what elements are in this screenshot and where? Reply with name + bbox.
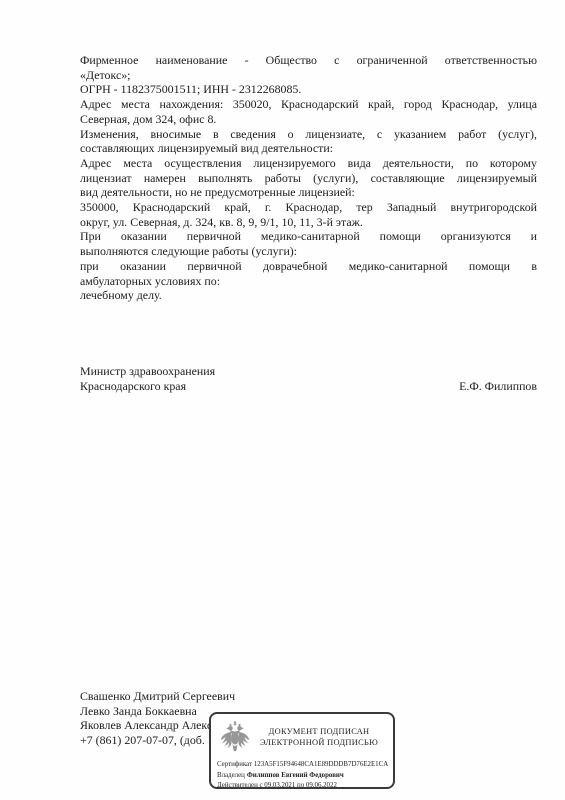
body-line: лицензиат намерен выполнять работы (услу…	[80, 171, 537, 186]
body-line: составляющих лицензируемый вид деятельно…	[80, 141, 537, 156]
body-line: Адрес места осуществления лицензируемого…	[80, 156, 537, 171]
body-line: Северная, дом 324, офис 8.	[80, 112, 537, 127]
certificate-label: Сертификат	[217, 761, 252, 768]
stamp-owner-line: ВладелецФилиппов Евгений Федорович	[217, 771, 387, 782]
signatory-region: Краснодарского края	[80, 379, 186, 394]
body-line: амбулаторных условиях по:	[80, 274, 537, 289]
body-line: при оказании первичной доврачебной медик…	[80, 259, 537, 274]
signatory-name: Е.Ф. Филиппов	[459, 379, 537, 394]
body-line: выполняются следующие работы (услуги):	[80, 244, 537, 259]
body-line: вид деятельности, но не предусмотренные …	[80, 185, 537, 200]
contact-line: Свашенко Дмитрий Сергеевич	[80, 689, 537, 704]
stamp-title-line1: ДОКУМЕНТ ПОДПИСАН	[251, 727, 387, 738]
stamp-title: ДОКУМЕНТ ПОДПИСАН ЭЛЕКТРОННОЙ ПОДПИСЬЮ	[251, 727, 387, 748]
owner-value: Филиппов Евгений Федорович	[247, 772, 344, 779]
stamp-validity-line: Действителен с 09.03.2021 по 09.06.2022	[217, 781, 387, 792]
body-line: округ, ул. Северная, д. 324, кв. 8, 9, 9…	[80, 215, 537, 230]
document-page: { "page": { "background": "#fefefe", "te…	[0, 0, 565, 800]
signatory-title-line1: Министр здравоохранения	[80, 364, 537, 379]
body-line: «Детокс»;	[80, 68, 537, 83]
body-line: Изменения, вносимые в сведения о лицензи…	[80, 127, 537, 142]
stamp-certificate-line: Сертификат 123A5F15F94648CA1E89DDDB7D76E…	[217, 760, 387, 771]
stamp-header: ДОКУМЕНТ ПОДПИСАН ЭЛЕКТРОННОЙ ПОДПИСЬЮ	[217, 718, 387, 758]
signature-block: Министр здравоохранения Краснодарского к…	[80, 364, 537, 393]
certificate-value: 123A5F15F94648CA1E89DDDB7D76E2E1CA	[254, 761, 388, 768]
body-line: При оказании первичной медико-санитарной…	[80, 229, 537, 244]
document-body: Фирменное наименование - Общество с огра…	[80, 53, 537, 303]
stamp-details: Сертификат 123A5F15F94648CA1E89DDDB7D76E…	[217, 760, 387, 792]
body-line: Адрес места нахождения: 350020, Краснода…	[80, 97, 537, 112]
body-line: Фирменное наименование - Общество с огра…	[80, 53, 537, 68]
body-line: ОГРН - 1182375001511; ИНН - 2312268085.	[80, 82, 537, 97]
body-line: 350000, Краснодарский край, г. Краснодар…	[80, 200, 537, 215]
stamp-title-line2: ЭЛЕКТРОННОЙ ПОДПИСЬЮ	[251, 738, 387, 749]
body-line: лечебному делу.	[80, 288, 537, 303]
coat-of-arms-eagle-icon	[219, 719, 251, 757]
owner-label: Владелец	[217, 772, 245, 779]
signatory-title-line2: Краснодарского края Е.Ф. Филиппов	[80, 379, 537, 394]
electronic-signature-stamp: ДОКУМЕНТ ПОДПИСАН ЭЛЕКТРОННОЙ ПОДПИСЬЮ С…	[209, 712, 395, 789]
